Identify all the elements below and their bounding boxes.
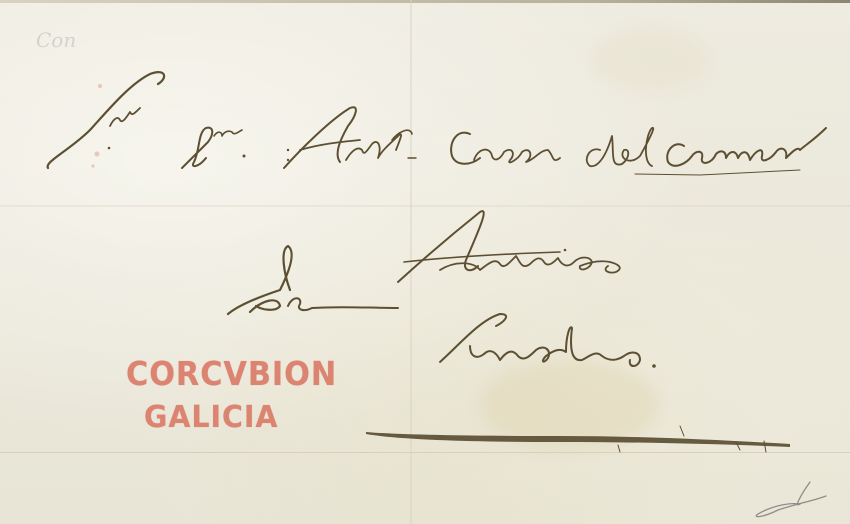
- handwriting-anto: [284, 107, 416, 168]
- handwriting-underline: [366, 426, 790, 452]
- handwriting-asturias-struck: [398, 211, 620, 282]
- handwriting-dn: [182, 128, 289, 168]
- handwriting-de: [228, 246, 398, 314]
- postmark-line-2: GALICIA: [144, 400, 278, 435]
- handwriting-sr: [48, 72, 165, 168]
- handwriting-casas-del-comerc: [451, 128, 826, 175]
- letter-cover: Con Sr. D.n Ant.o Casas del comerc. De A…: [0, 0, 850, 524]
- postmark-line-1: CORCVBION: [126, 354, 337, 393]
- pencil-flourish-bottom-right: [756, 482, 826, 517]
- handwriting-rivadeo: [440, 314, 656, 368]
- handwriting-ink: [0, 0, 850, 524]
